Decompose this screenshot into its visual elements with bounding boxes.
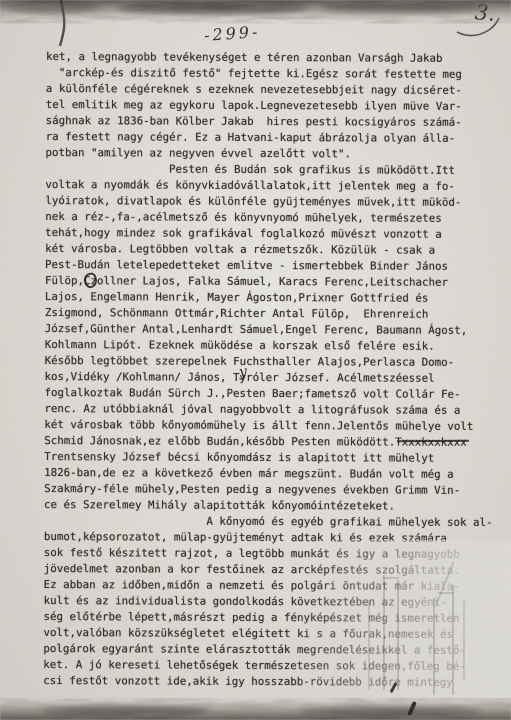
text-line: lyóiratok, divatlapok és különféle gyüjt… (45, 193, 505, 211)
typewritten-text: ket, a legnagyobb tevékenységet e téren … (43, 49, 506, 691)
pen-stroke-icon (54, 0, 72, 46)
text-line: Schmid Jánosnak,ez előbb Budán,később Pe… (44, 433, 504, 451)
pen-stroke-mark (54, 0, 72, 46)
text-line: tel emlitik meg az egykoru lapok.Legneve… (46, 97, 506, 115)
text-line: potban "amilyen az negyven évvel azelőtt… (46, 145, 506, 163)
text-line: 1826-ban,de ez a következő évben már meg… (44, 465, 504, 483)
scan-smudge (40, 706, 210, 716)
text-line: József,Günther Antal,Lenhardt Sámuel,Eng… (45, 321, 505, 339)
text-line: foglalkoztak Budán Sürch J.,Pesten Baer;… (44, 385, 504, 403)
text-line: Pest-Budán letelepedetteket emlitve - is… (45, 257, 505, 275)
text-line: "arckép-és diszitő festő" fejtette ki.Eg… (46, 65, 506, 83)
text-line: csi festőt vonzott ide,akik igy hosszabb… (43, 673, 503, 691)
text-line: két városba. Legtöbben voltak a rézmetsz… (45, 241, 505, 259)
text-line: Trentsensky József bécsi kőnyomdász is a… (44, 449, 504, 467)
text-line: tehát,hogy mindez sok grafikával foglalk… (45, 225, 505, 243)
text-line: a különféle cégéreknek s ezeknek nevezet… (46, 81, 506, 99)
text-line: Fülöp,Czollner Lajos, Falka Sámuel, Kara… (45, 273, 505, 291)
text-line: kos,Vidéky /Kohlmann/ János, Tyróler Józ… (45, 369, 505, 387)
text-line: sághnak az 1836-ban Kölber Jakab hires p… (46, 113, 506, 131)
text-line: nek a réz-,fa-,acélmetsző és könyvnyomó … (45, 209, 505, 227)
text-line: Később legtöbbet szerepelnek Fuchsthalle… (45, 353, 505, 371)
ink-slash-mark (407, 701, 416, 716)
text-line: renc. Az utóbbiaknál jóval nagyobbvolt a… (44, 401, 504, 419)
top-scan-band (0, 0, 511, 22)
page-number: -299- (203, 22, 261, 45)
scan-smudge (322, 2, 487, 13)
text-line: Pesten és Budán sok grafikus is müködött… (45, 161, 505, 179)
text-line: ra festett nagy cégér. Ez a Hatvani-kapu… (46, 129, 506, 147)
text-line: két városbak több kőnyomómühely is állt … (44, 417, 504, 435)
text-line: Zsigmond, Schönmann Ottmár,Richter Antal… (45, 305, 505, 323)
text-line: Kohlmann Lipót. Ezeknek müködése a korsz… (45, 337, 505, 355)
text-line: Lajos, Engelmann Henrik, Mayer Ágoston,P… (45, 289, 505, 307)
corner-page-number: 3. (474, 0, 496, 26)
text-line: ket, a legnagyobb tevékenységet e téren … (46, 49, 506, 67)
scan-smudge (8, 2, 98, 13)
scan-smudge (118, 1, 308, 14)
document-page: -299- 3. ket, a legnagyobb tevékenységet… (0, 0, 511, 720)
bottom-scan-band (0, 697, 511, 720)
text-line: voltak a nyomdák és könyvkiadóvállalatok… (45, 177, 505, 195)
scan-smudge (300, 707, 480, 717)
